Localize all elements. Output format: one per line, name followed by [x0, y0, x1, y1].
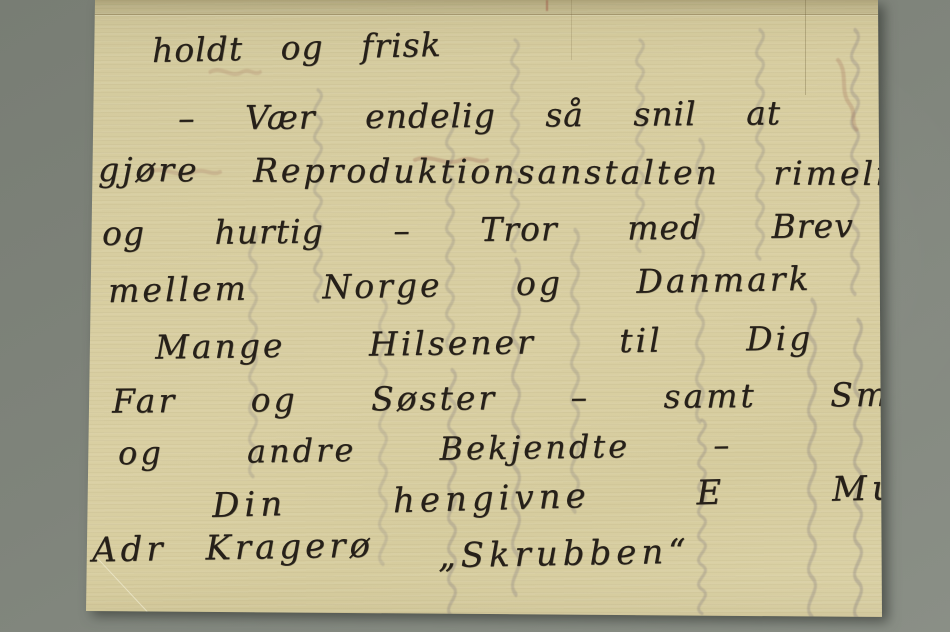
letter-paper: holdt og frisk – Vær endelig så snil at …	[0, 0, 950, 632]
letter-line: gjøre Reproduktionsanstalten rimelig	[98, 150, 914, 193]
letter-line: og hurtig – Tror med Brev	[102, 206, 854, 253]
letter-line: holdt og frisk	[152, 25, 442, 70]
paper-shadow: holdt og frisk – Vær endelig så snil at …	[0, 0, 950, 632]
crease-vertical-center	[571, 0, 572, 60]
crease-horizontal-top	[0, 0, 950, 15]
address-place: Adr Kragerø	[92, 526, 375, 571]
photo-background: holdt og frisk – Vær endelig så snil at …	[0, 0, 950, 632]
crease-vertical-right	[805, 0, 806, 95]
letter-line: Far og Søster – samt Smith	[112, 374, 944, 420]
letter-line: – Vær endelig så snil at	[178, 93, 781, 137]
house-name: „Skrubben“	[438, 532, 691, 576]
address-line: Adr Kragerø „Skrubben“	[0, 528, 950, 598]
